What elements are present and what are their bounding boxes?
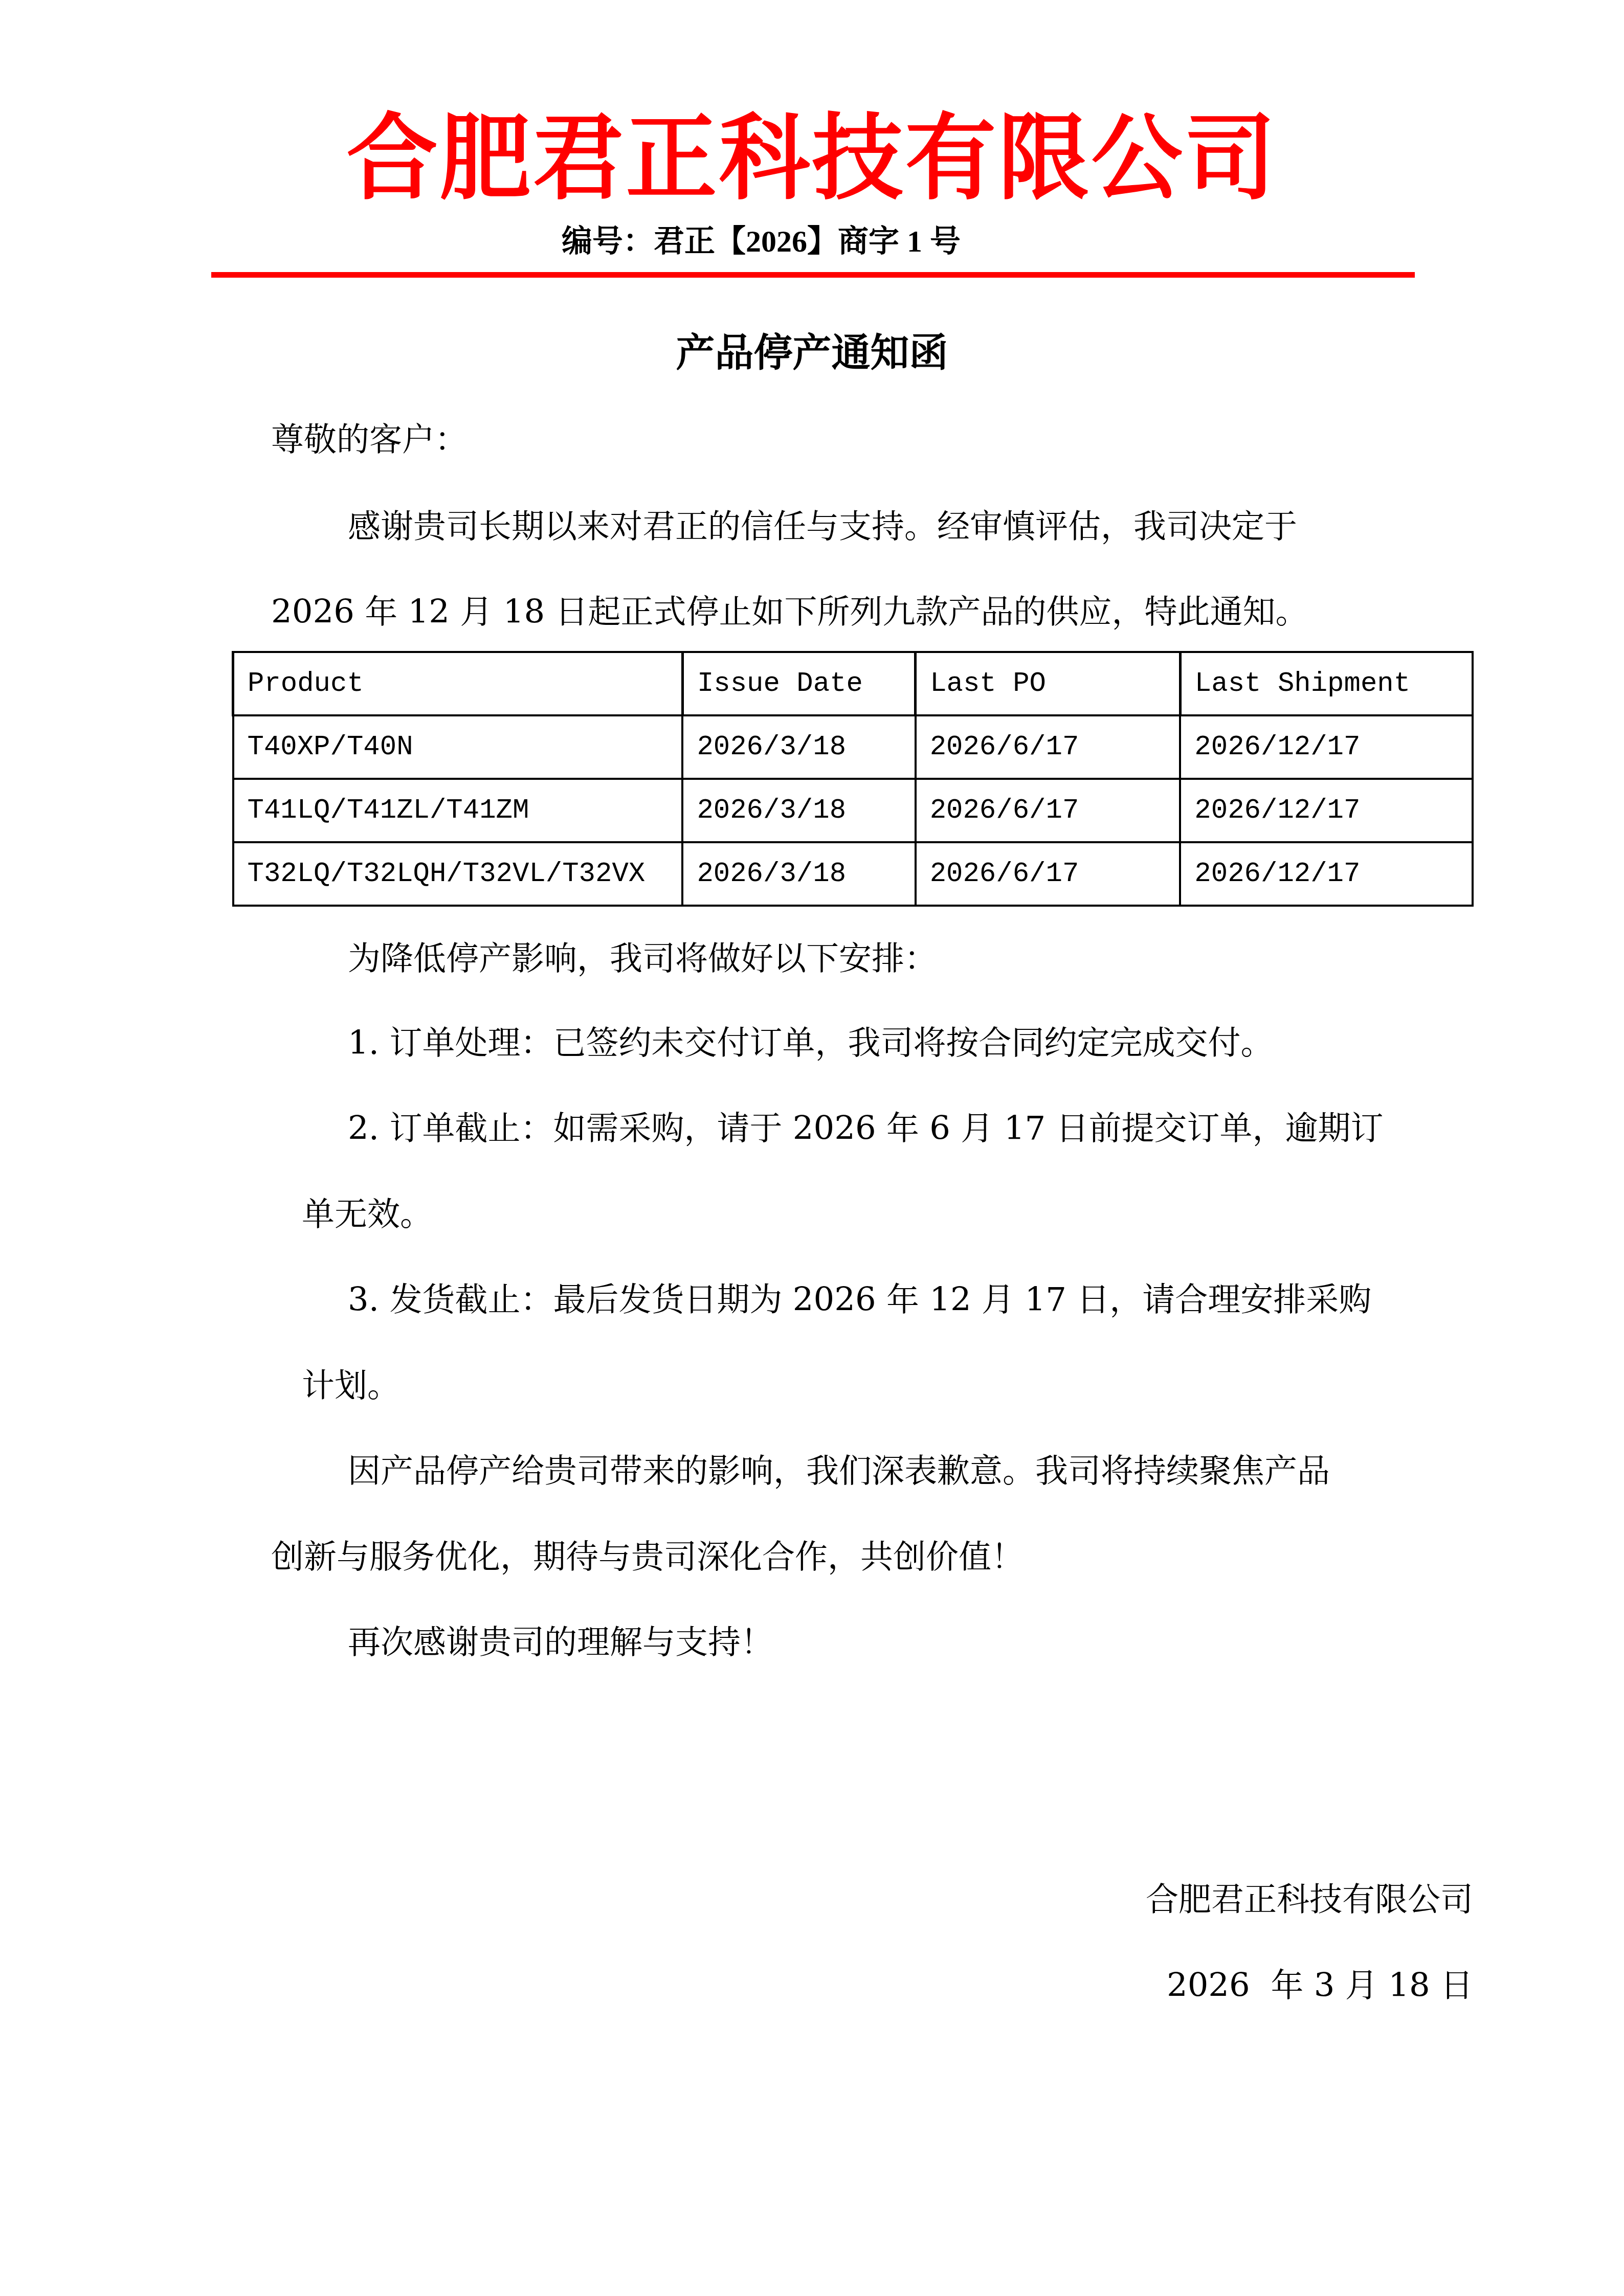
- intro-line-1: 感谢贵司长期以来对君正的信任与支持。经审慎评估，我司决定于: [348, 504, 1297, 550]
- column-header-last-shipment: Last Shipment: [1180, 652, 1473, 715]
- document-title: 产品停产通知函: [0, 327, 1624, 378]
- salutation: 尊敬的客户：: [271, 417, 468, 463]
- table-row: T32LQ/T32LQH/T32VL/T32VX 2026/3/18 2026/…: [233, 842, 1473, 906]
- closing-line-1: 因产品停产给贵司带来的影响，我们深表歉意。我司将持续聚焦产品: [348, 1448, 1330, 1494]
- cell-issue-date: 2026/3/18: [682, 779, 915, 842]
- document-number: 编号：君正【2026】商字 1 号: [562, 221, 961, 262]
- column-header-product: Product: [233, 652, 683, 715]
- arrangement-item-2-line-2: 单无效。: [302, 1191, 433, 1237]
- discontinued-products-table: Product Issue Date Last PO Last Shipment…: [232, 651, 1474, 907]
- cell-issue-date: 2026/3/18: [682, 842, 915, 906]
- closing-thanks: 再次感谢贵司的理解与支持！: [348, 1619, 773, 1665]
- table-row: T40XP/T40N 2026/3/18 2026/6/17 2026/12/1…: [233, 715, 1473, 779]
- arrangement-item-3-line-1: 3. 发货截止：最后发货日期为 2026 年 12 月 17 日，请合理安排采购: [348, 1277, 1371, 1323]
- intro-line-2: 2026 年 12 月 18 日起正式停止如下所列九款产品的供应，特此通知。: [271, 589, 1308, 635]
- cell-last-po: 2026/6/17: [916, 842, 1181, 906]
- column-header-last-po: Last PO: [916, 652, 1181, 715]
- table-header-row: Product Issue Date Last PO Last Shipment: [233, 652, 1473, 715]
- cell-product: T41LQ/T41ZL/T41ZM: [233, 779, 683, 842]
- letterhead-red-divider: [211, 272, 1415, 278]
- cell-last-po: 2026/6/17: [916, 779, 1181, 842]
- cell-last-shipment: 2026/12/17: [1180, 715, 1473, 779]
- company-letterhead-name: 合肥君正科技有限公司: [0, 104, 1624, 213]
- arrangements-lead: 为降低停产影响，我司将做好以下安排：: [348, 936, 937, 982]
- cell-product: T32LQ/T32LQH/T32VL/T32VX: [233, 842, 683, 906]
- arrangement-item-1: 1. 订单处理：已签约未交付订单，我司将按合同约定完成交付。: [348, 1020, 1273, 1066]
- cell-last-shipment: 2026/12/17: [1180, 842, 1473, 906]
- closing-line-2: 创新与服务优化，期待与贵司深化合作，共创价值！: [271, 1534, 1024, 1580]
- cell-product: T40XP/T40N: [233, 715, 683, 779]
- cell-issue-date: 2026/3/18: [682, 715, 915, 779]
- arrangement-item-3-line-2: 计划。: [302, 1363, 400, 1409]
- cell-last-po: 2026/6/17: [916, 715, 1181, 779]
- table-row: T41LQ/T41ZL/T41ZM 2026/3/18 2026/6/17 20…: [233, 779, 1473, 842]
- cell-last-shipment: 2026/12/17: [1180, 779, 1473, 842]
- signature-date: 2026 年 3 月 18 日: [1167, 1963, 1473, 2009]
- arrangement-item-2-line-1: 2. 订单截止：如需采购，请于 2026 年 6 月 17 日前提交订单，逾期订: [348, 1106, 1384, 1152]
- signature-company: 合肥君正科技有限公司: [1146, 1877, 1473, 1923]
- column-header-issue-date: Issue Date: [682, 652, 915, 715]
